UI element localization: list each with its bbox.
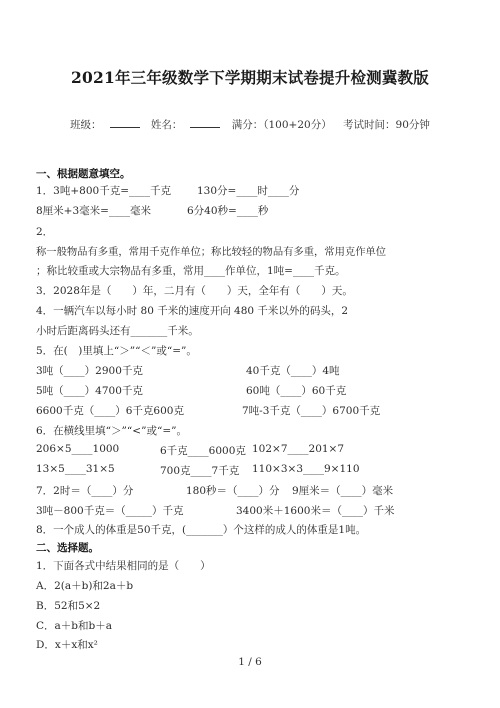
class-blank[interactable] (110, 117, 140, 128)
section2-heading: 二、选择题。 (36, 540, 99, 555)
name-blank[interactable] (190, 117, 220, 128)
q7-item: 180秒＝（____）分 (186, 483, 280, 498)
q1-d: 6分40秒=____秒 (187, 203, 268, 218)
q5-item: 5吨（____）4700千克 (36, 383, 143, 398)
q4-line1: 4．一辆汽车以每小时 80 千米的速度开向 480 千米以外的码头，2 (36, 303, 348, 318)
q2-number: 2． (36, 224, 53, 239)
document-title: 2021年三年级数学下学期期末试卷提升检测冀教版 (0, 66, 500, 88)
q4-line2: 小时后距离码头还有_______千米。 (36, 323, 199, 338)
q1-c: 8厘米+3毫米=____毫米 (36, 203, 151, 218)
q5-item: 40千克（____）4吨 (246, 363, 340, 378)
q7-item: 9厘米＝（____）毫米 (292, 483, 393, 498)
q7-item: 3吨－800千克＝（_____）千克 (36, 503, 183, 518)
q1-b: 130分=____时____分 (197, 183, 299, 198)
s2-q1-option-b: B．52和5×2 (36, 598, 100, 613)
q5-prompt: 5．在( )里填上“＞”“＜”或“=”。 (36, 343, 197, 358)
q1-a: 1．3吨+800千克=____千克 (36, 183, 171, 198)
q7-item: 7．2时＝（____）分 (36, 483, 133, 498)
q6-item: 6千克____6000克 (160, 443, 246, 458)
q5-item: 7吨-3千克（____）6700千克 (242, 403, 380, 418)
section1-heading: 一、根据题意填空。 (36, 166, 131, 181)
time-info: 考试时间：90分钟 (343, 119, 430, 131)
exam-meta: 班级： 姓名： 满分：（100+20分） 考试时间：90分钟 (0, 117, 500, 132)
name-label: 姓名： (151, 119, 183, 131)
q3: 3．2028年是（ ）年，二月有（ ）天，全年有（ ）天。 (36, 283, 353, 298)
s2-q1-prompt: 1．下面各式中结果相同的是（ ） (36, 558, 211, 573)
q6-item: 700克____7千克 (160, 463, 239, 478)
q6-item: 102×7____201×7 (252, 443, 344, 455)
q2-line1: 称一般物品有多重，常用千克作单位；称比较轻的物品有多重，常用克作单位 (36, 243, 386, 258)
score-info: 满分：（100+20分） (232, 119, 332, 131)
q6-item: 110×3×3____9×110 (252, 463, 360, 475)
q6-item: 206×5____1000 (36, 443, 119, 455)
q5-item: 6600千克（____）6千克600克 (36, 403, 184, 418)
q6-prompt: 6．在横线里填“＞”“<”或“=”。 (36, 423, 187, 438)
s2-q1-option-a: A．2(a＋b)和2a＋b (36, 578, 133, 593)
s2-q1-option-d: D．x＋x和x² (36, 637, 98, 652)
q6-item: 13×5____31×5 (36, 463, 115, 475)
q8: 8．一个成人的体重是50千克，(_______）个这样的成人的体重是1吨。 (36, 522, 366, 537)
class-label: 班级： (70, 119, 102, 131)
q2-line2: ；称比较重或大宗物品有多重，常用____作单位，1吨=____千克。 (36, 263, 345, 278)
page-number: 1 / 6 (0, 656, 500, 668)
s2-q1-option-c: C．a＋b和b＋a (36, 618, 112, 633)
q5-item: 3吨（____）2900千克 (36, 363, 143, 378)
q7-item: 3400米＋1600米＝（____）千米 (236, 503, 394, 518)
q5-item: 60吨（____）60千克 (246, 383, 346, 398)
